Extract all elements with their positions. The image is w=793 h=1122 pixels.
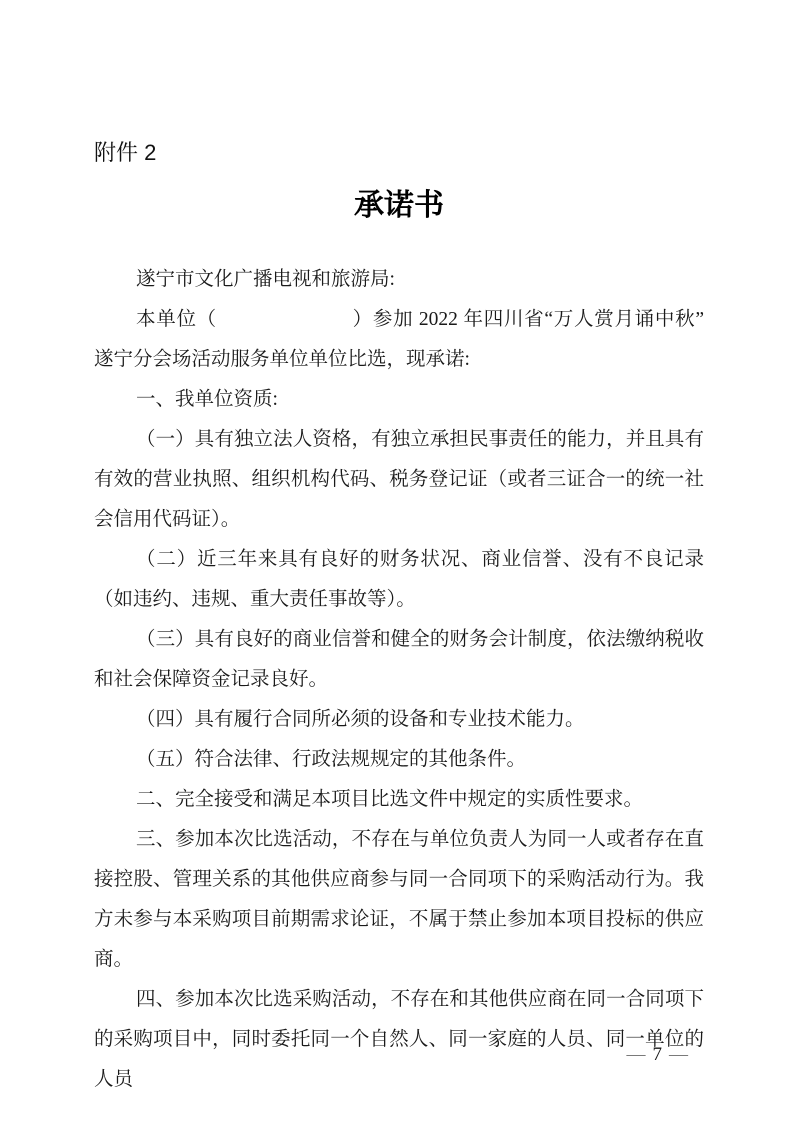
opening-prefix: 本单位（ (136, 309, 217, 330)
document-title: 承诺书 (94, 185, 704, 227)
opening-paragraph: 本单位（）参加 2022 年四川省“万人赏月诵中秋”遂宁分会场活动服务单位单位比… (94, 300, 704, 380)
paragraph-qualification-item-3: （三）具有良好的商业信誉和健全的财务会计制度，依法缴纳税收和社会保障资金记录良好… (94, 620, 704, 700)
page-number: —7— (621, 1044, 696, 1066)
paragraph-section-2: 二、完全接受和满足本项目比选文件中规定的实质性要求。 (94, 780, 704, 820)
paragraph-qualification-item-4: （四）具有履行合同所必须的设备和专业技术能力。 (94, 700, 704, 740)
paragraph-section-4: 四、参加本次比选采购活动，不存在和其他供应商在同一合同项下的采购项目中，同时委托… (94, 980, 704, 1100)
paragraph-qualification-item-5: （五）符合法律、行政法规规定的其他条件。 (94, 740, 704, 780)
paragraph-section-3: 三、参加本次比选活动，不存在与单位负责人为同一人或者存在直接控股、管理关系的其他… (94, 820, 704, 980)
blank-fill-space (217, 324, 352, 325)
document-page: 附件 2 承诺书 遂宁市文化广播电视和旅游局: 本单位（）参加 2022 年四川… (0, 0, 793, 1122)
document-body: 遂宁市文化广播电视和旅游局: 本单位（）参加 2022 年四川省“万人赏月诵中秋… (94, 260, 704, 1100)
page-number-value: 7 (653, 1044, 664, 1065)
paragraph-qualification-item-1: （一）具有独立法人资格，有独立承担民事责任的能力，并且具有有效的营业执照、组织机… (94, 420, 704, 540)
salutation-line: 遂宁市文化广播电视和旅游局: (94, 260, 704, 300)
attachment-label: 附件 2 (94, 139, 704, 166)
page-number-left-dash: — (621, 1044, 653, 1065)
page-number-right-dash: — (663, 1044, 695, 1065)
paragraph-qualification-item-2: （二）近三年来具有良好的财务状况、商业信誉、没有不良记录（如违约、违规、重大责任… (94, 540, 704, 620)
paragraph-qualifications-heading: 一、我单位资质: (94, 380, 704, 420)
